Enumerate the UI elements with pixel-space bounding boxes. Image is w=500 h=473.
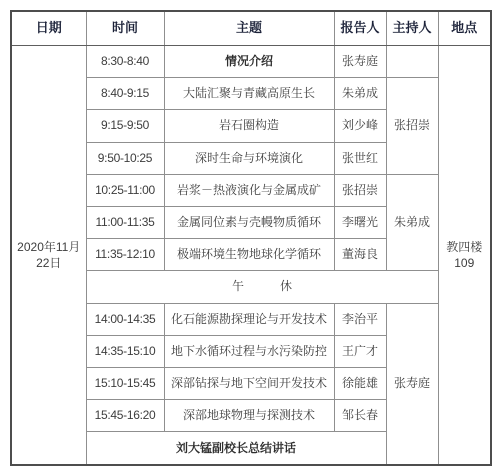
schedule-table: 日期 时间 主题 报告人 主持人 地点 2020年11月 22日 8:30-8:… (10, 10, 492, 466)
speaker-cell: 张招崇 (334, 174, 386, 206)
col-header-topic: 主题 (164, 11, 334, 46)
topic-cell: 化石能源勘探理论与开发技术 (164, 303, 334, 335)
header-row: 日期 时间 主题 报告人 主持人 地点 (11, 11, 491, 46)
time-cell: 15:45-16:20 (86, 400, 164, 432)
col-header-time: 时间 (86, 11, 164, 46)
topic-cell: 极端环境生物地球化学循环 (164, 239, 334, 271)
time-cell: 8:30-8:40 (86, 46, 164, 78)
host-cell-empty (386, 46, 438, 78)
speaker-cell: 李治平 (334, 303, 386, 335)
time-cell: 15:10-15:45 (86, 367, 164, 399)
time-cell: 9:50-10:25 (86, 142, 164, 174)
time-cell: 11:00-11:35 (86, 206, 164, 238)
closing-remarks-cell: 刘大锰副校长总结讲话 (86, 432, 386, 465)
time-cell: 8:40-9:15 (86, 78, 164, 110)
speaker-cell: 朱弟成 (334, 78, 386, 110)
col-header-speaker: 报告人 (334, 11, 386, 46)
host-cell: 张寿庭 (386, 303, 438, 465)
speaker-cell: 张寿庭 (334, 46, 386, 78)
time-cell: 11:35-12:10 (86, 239, 164, 271)
col-header-date: 日期 (11, 11, 86, 46)
time-cell: 14:00-14:35 (86, 303, 164, 335)
date-line1: 2020年11月 (13, 239, 85, 255)
lunch-break-cell: 午 休 (86, 271, 438, 303)
topic-cell: 金属同位素与壳幔物质循环 (164, 206, 334, 238)
speaker-cell: 董海良 (334, 239, 386, 271)
location-line1: 教四楼 (440, 239, 490, 255)
topic-cell: 深部地球物理与探测技术 (164, 400, 334, 432)
topic-cell: 深部钻探与地下空间开发技术 (164, 367, 334, 399)
col-header-host: 主持人 (386, 11, 438, 46)
topic-cell: 岩石圈构造 (164, 110, 334, 142)
host-cell: 张招崇 (386, 78, 438, 175)
speaker-cell: 刘少峰 (334, 110, 386, 142)
speaker-cell: 张世红 (334, 142, 386, 174)
topic-cell: 大陆汇聚与青藏高原生长 (164, 78, 334, 110)
topic-cell: 深时生命与环境演化 (164, 142, 334, 174)
page: 日期 时间 主题 报告人 主持人 地点 2020年11月 22日 8:30-8:… (0, 0, 500, 473)
topic-cell: 岩浆－热液演化与金属成矿 (164, 174, 334, 206)
speaker-cell: 徐能雄 (334, 367, 386, 399)
speaker-cell: 李曙光 (334, 206, 386, 238)
date-line2: 22日 (13, 255, 85, 271)
time-cell: 10:25-11:00 (86, 174, 164, 206)
location-line2: 109 (440, 255, 490, 271)
date-cell: 2020年11月 22日 (11, 46, 86, 466)
schedule-row: 2020年11月 22日 8:30-8:40 情况介绍 张寿庭 教四楼 109 (11, 46, 491, 78)
speaker-cell: 王广才 (334, 335, 386, 367)
host-cell: 朱弟成 (386, 174, 438, 271)
time-cell: 14:35-15:10 (86, 335, 164, 367)
topic-cell: 地下水循环过程与水污染防控 (164, 335, 334, 367)
speaker-cell: 邹长春 (334, 400, 386, 432)
time-cell: 9:15-9:50 (86, 110, 164, 142)
col-header-location: 地点 (438, 11, 491, 46)
topic-cell: 情况介绍 (164, 46, 334, 78)
location-cell: 教四楼 109 (438, 46, 491, 466)
